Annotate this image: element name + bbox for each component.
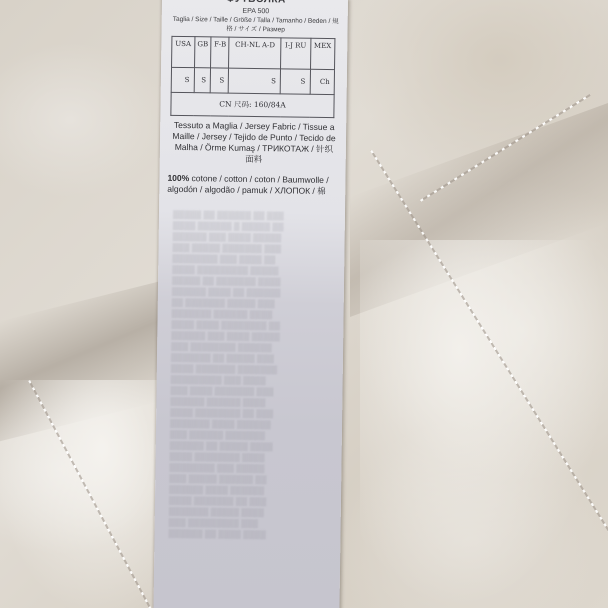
size-table-header-row: USA GB F-B CH-NL A-D I-J RU MEX [172, 36, 335, 69]
size-value-gb: S [194, 68, 211, 93]
size-translations: Taglia / Size / Taille / Größe / Talla /… [170, 15, 342, 35]
garment-type-title: ФУТБОЛКА [170, 0, 342, 6]
photo-scene: ФУТБОЛКА EPA 500 Taglia / Size / Taille … [0, 0, 608, 608]
fabric-highlight-right [360, 240, 608, 608]
size-table-value-row: S S S S S Ch [171, 67, 334, 94]
size-header-mex: MEX [310, 38, 335, 69]
size-header-usa: USA [172, 36, 195, 67]
size-header-chnl-ad: CH-NL A-D [229, 37, 281, 69]
size-header-fb: F-B [211, 37, 230, 68]
size-value-fb: S [210, 68, 229, 93]
size-header-gb: GB [194, 37, 211, 68]
reverse-side-show-through-text: ▒▒▒▒▒ ▒▒ ▒▒▒▒▒▒ ▒▒ ▒▒▒▒▒▒▒ ▒▒▒▒▒▒ ▒ ▒▒▒▒… [162, 209, 339, 541]
composition-percent: 100% [167, 173, 189, 183]
ghost-text-line: ▒▒▒▒▒▒ ▒▒ ▒▒▒▒ ▒▒▒▒ [168, 528, 328, 541]
size-table-cn-row: CN 尺码: 160/84A [171, 92, 334, 117]
size-value-usa: S [171, 67, 194, 92]
size-header-ij-ru: I-J RU [281, 38, 311, 69]
size-table: USA GB F-B CH-NL A-D I-J RU MEX S S S S … [170, 36, 335, 118]
fabric-type-text: Tessuto a Maglia / Jersey Fabric / Tissu… [168, 120, 341, 166]
care-label: ФУТБОЛКА EPA 500 Taglia / Size / Taille … [153, 0, 348, 608]
composition-materials: cotone / cotton / coton / Baumwolle / al… [167, 173, 328, 196]
cn-size: CN 尺码: 160/84A [171, 92, 334, 117]
fabric-highlight-left [0, 380, 170, 608]
composition-text: 100% cotone / cotton / coton / Baumwolle… [167, 173, 339, 197]
size-value-mex: Ch [310, 69, 335, 94]
size-value-chnl-ad: S [229, 68, 281, 94]
size-value-ij-ru: S [280, 69, 310, 94]
